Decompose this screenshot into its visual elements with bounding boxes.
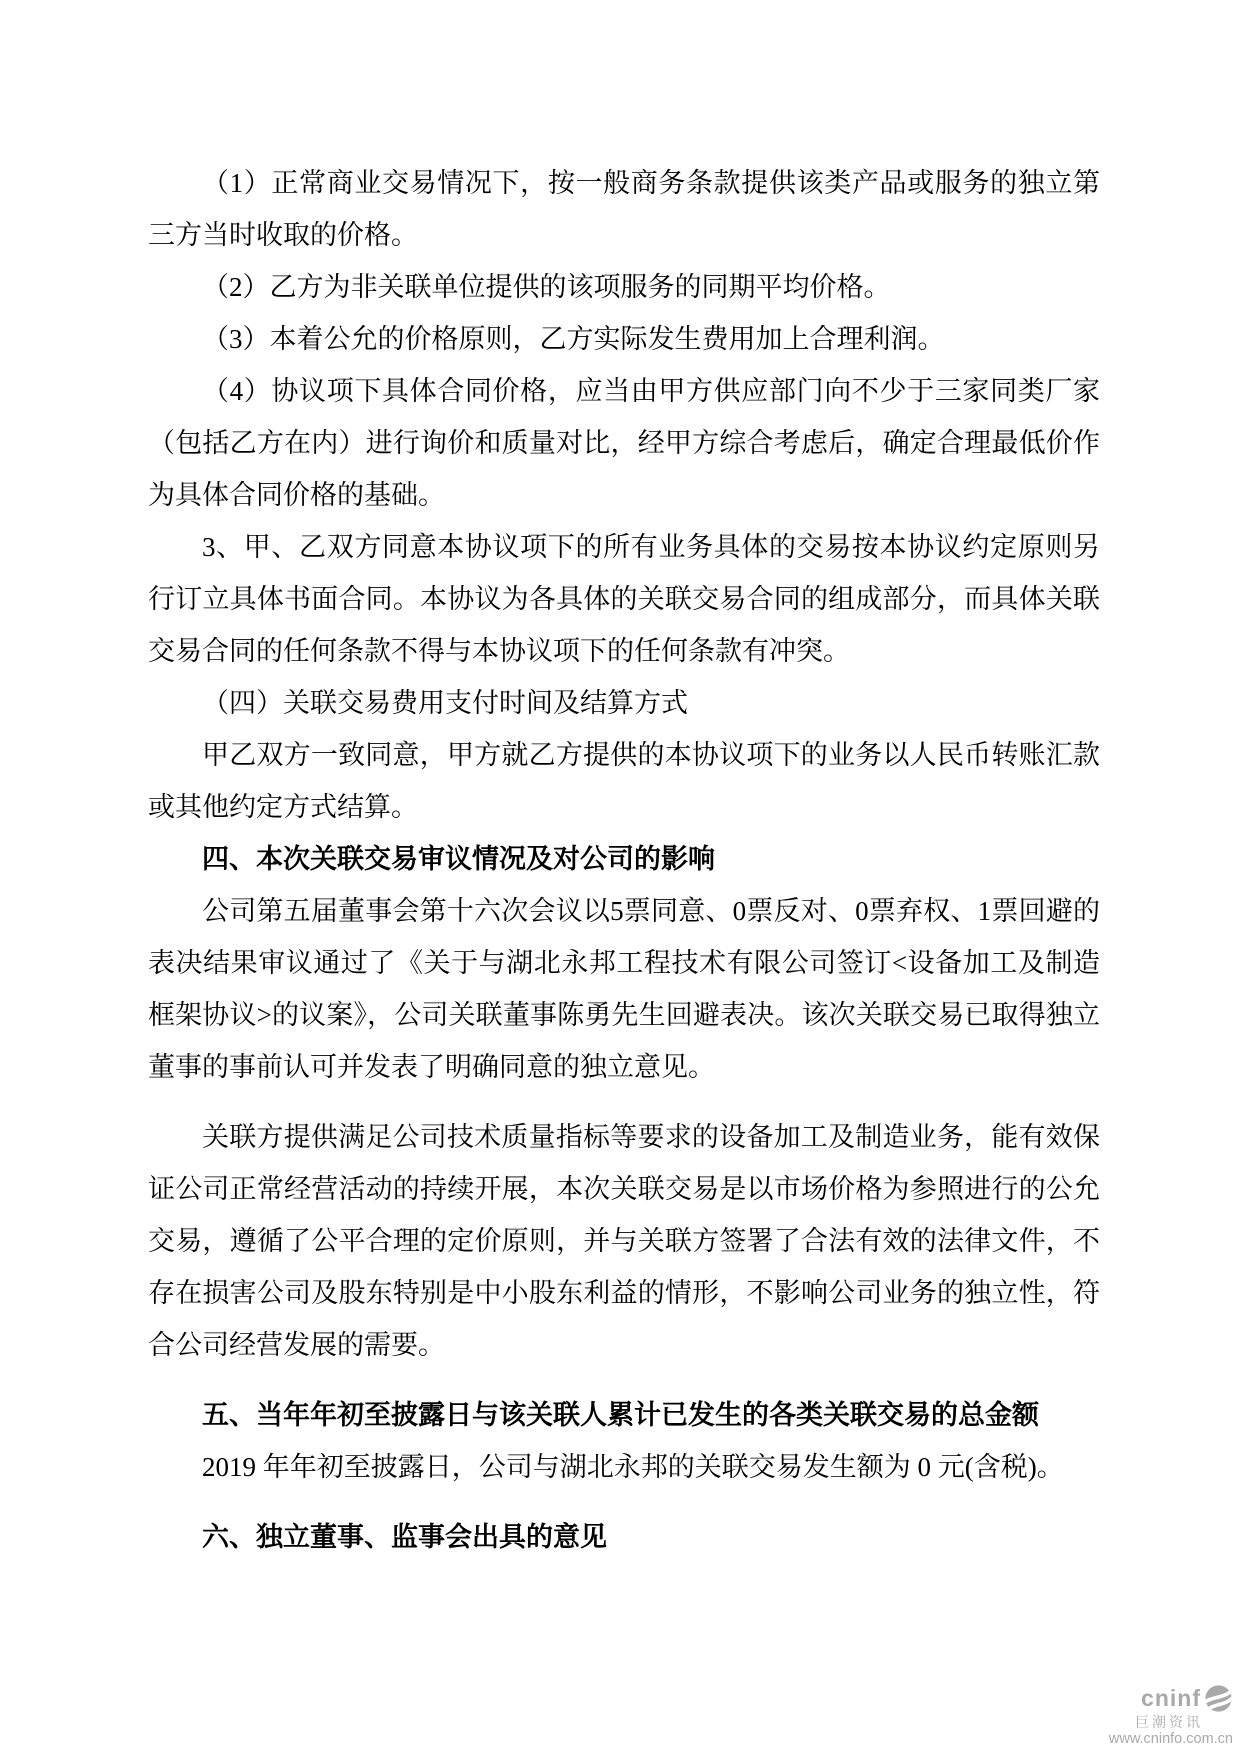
paragraph: （四）关联交易费用支付时间及结算方式 bbox=[148, 677, 1100, 729]
section-heading: 五、当年年初至披露日与该关联人累计已发生的各类关联交易的总金额 bbox=[148, 1389, 1100, 1441]
watermark-brand-cn: 巨潮资讯 bbox=[1109, 1715, 1203, 1729]
paragraph: （1）正常商业交易情况下，按一般商务条款提供该类产品或服务的独立第三方当时收取的… bbox=[148, 157, 1100, 261]
document-body: （1）正常商业交易情况下，按一般商务条款提供该类产品或服务的独立第三方当时收取的… bbox=[148, 157, 1100, 1563]
paragraph: 公司第五届董事会第十六次会议以5票同意、0票反对、0票弃权、1票回避的表决结果审… bbox=[148, 885, 1100, 1093]
paragraph: （4）协议项下具体合同价格，应当由甲方供应部门向不少于三家同类厂家（包括乙方在内… bbox=[148, 365, 1100, 521]
paragraph: 关联方提供满足公司技术质量指标等要求的设备加工及制造业务，能有效保证公司正常经营… bbox=[148, 1111, 1100, 1371]
paragraph: 3、甲、乙双方同意本协议项下的所有业务具体的交易按本协议约定原则另行订立具体书面… bbox=[148, 521, 1100, 677]
section-heading: 四、本次关联交易审议情况及对公司的影响 bbox=[148, 833, 1100, 885]
cninfo-swirl-icon bbox=[1204, 1684, 1233, 1713]
watermark-logo-text: cninf bbox=[1141, 1687, 1201, 1710]
watermark: cninf 巨潮资讯 www.cninfo.com.cn bbox=[1109, 1684, 1233, 1747]
paragraph: （2）乙方为非关联单位提供的该项服务的同期平均价格。 bbox=[148, 261, 1100, 313]
paragraph: 甲乙双方一致同意，甲方就乙方提供的本协议项下的业务以人民币转账汇款或其他约定方式… bbox=[148, 729, 1100, 833]
paragraph: 2019 年年初至披露日，公司与湖北永邦的关联交易发生额为 0 元(含税)。 bbox=[148, 1441, 1100, 1493]
document-page: （1）正常商业交易情况下，按一般商务条款提供该类产品或服务的独立第三方当时收取的… bbox=[0, 0, 1241, 1754]
watermark-url: www.cninfo.com.cn bbox=[1109, 1732, 1233, 1747]
paragraph: （3）本着公允的价格原则，乙方实际发生费用加上合理利润。 bbox=[148, 313, 1100, 365]
section-heading: 六、独立董事、监事会出具的意见 bbox=[148, 1511, 1100, 1563]
watermark-logo-row: cninf bbox=[1109, 1684, 1233, 1713]
